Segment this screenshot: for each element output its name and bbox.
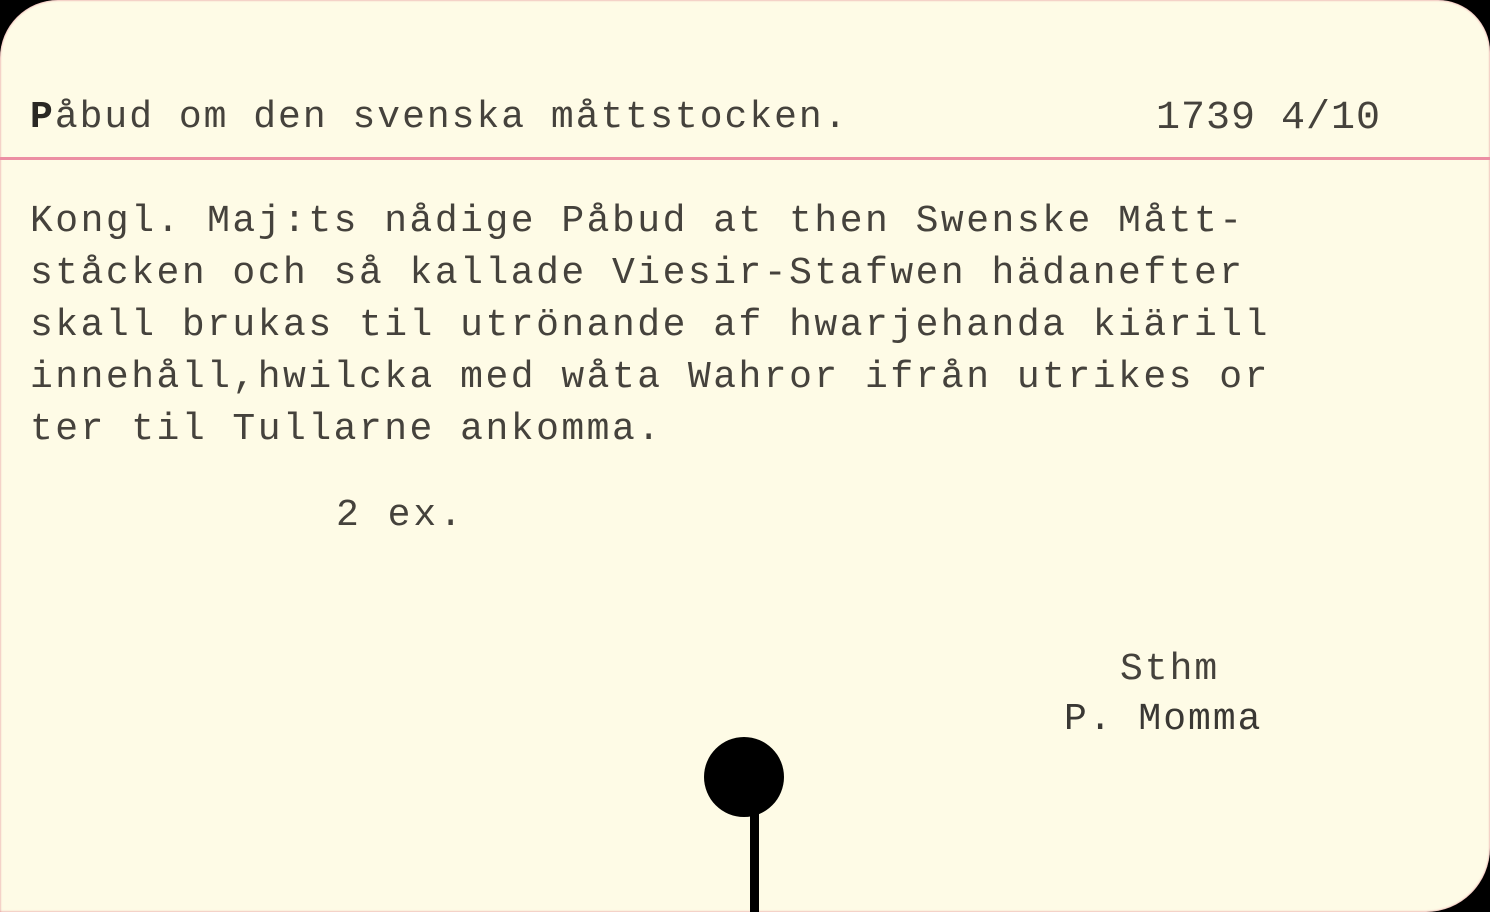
card-title: Påbud om den svenska måttstocken. <box>30 96 849 139</box>
description-line: ståcken och så kallade Viesir-Stafwen hä… <box>30 248 1490 300</box>
description-line: skall brukas til utrönande af hwarjehand… <box>30 300 1490 352</box>
copies-count: 2 ex. <box>336 494 465 537</box>
header-rule-line <box>0 157 1490 160</box>
publisher-name: P. Momma <box>1064 698 1262 741</box>
card-header: Påbud om den svenska måttstocken. 1739 4… <box>30 96 1440 146</box>
card-date: 1739 4/10 <box>1156 96 1381 141</box>
catalog-card: Påbud om den svenska måttstocken. 1739 4… <box>0 0 1490 912</box>
card-description: Kongl. Maj:ts nådige Påbud at then Swens… <box>30 196 1490 456</box>
publication-place: Sthm <box>1120 648 1219 691</box>
punch-slot <box>750 810 759 912</box>
description-line: innehåll,hwilcka med wåta Wahror ifrån u… <box>30 352 1490 404</box>
punch-hole <box>704 737 784 817</box>
description-line: ter til Tullarne ankomma. <box>30 404 1490 456</box>
description-line: Kongl. Maj:ts nådige Påbud at then Swens… <box>30 196 1490 248</box>
